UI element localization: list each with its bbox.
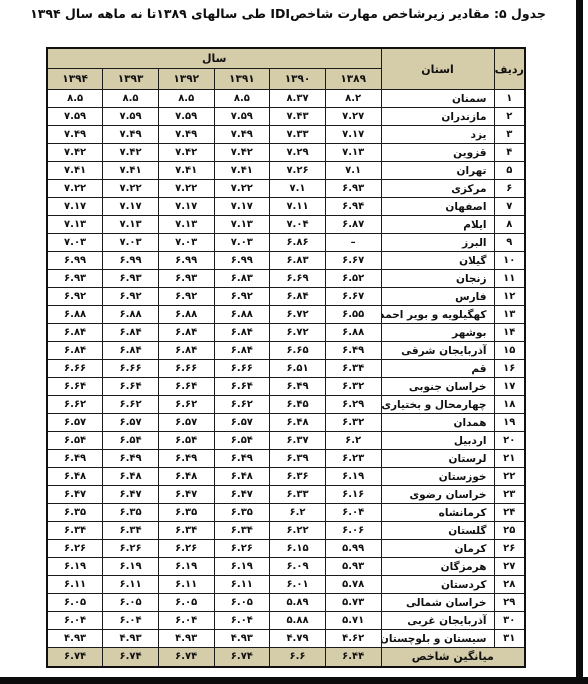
value-cell-1389: ۶.۶۷ — [325, 252, 381, 270]
value-cell-1394: ۶.۰۴ — [47, 612, 103, 630]
province-name-cell: خراسان رضوی — [381, 486, 494, 504]
province-name-cell: تهران — [381, 162, 494, 180]
province-name-cell: زنجان — [381, 270, 494, 288]
value-cell-1392: ۶.۹۹ — [158, 252, 214, 270]
row-number-cell: ۸ — [494, 216, 525, 234]
value-cell-1391: ۶.۸۴ — [214, 342, 270, 360]
value-cell-1389: ۶.۸۷ — [325, 216, 381, 234]
value-cell-1392: ۶.۶۶ — [158, 360, 214, 378]
value-cell-1393: ۶.۹۹ — [103, 252, 159, 270]
value-cell-1392: ۷.۱۳ — [158, 216, 214, 234]
row-number-cell: ۱۹ — [494, 414, 525, 432]
value-cell-1391: ۶.۰۵ — [214, 594, 270, 612]
value-cell-1390: ۶.۶۵ — [270, 342, 326, 360]
value-cell-1391: ۷.۲۲ — [214, 180, 270, 198]
value-cell-1393: ۸.۵ — [103, 90, 159, 108]
value-cell-1392: ۶.۴۹ — [158, 450, 214, 468]
value-cell-1390: ۶.۸۴ — [270, 288, 326, 306]
table-row: ۱۲ فارس ۶.۶۷ ۶.۸۴ ۶.۹۲ ۶.۹۲ ۶.۹۲ ۶.۹۲ — [47, 288, 525, 306]
table-row: ۳ یزد ۷.۱۷ ۷.۳۳ ۷.۴۹ ۷.۴۹ ۷.۴۹ ۷.۴۹ — [47, 126, 525, 144]
value-cell-1389: ۵.۹۳ — [325, 558, 381, 576]
table-row: ۲۶ کرمان ۵.۹۹ ۶.۱۵ ۶.۲۶ ۶.۲۶ ۶.۲۶ ۶.۲۶ — [47, 540, 525, 558]
row-number-cell: ۱۳ — [494, 306, 525, 324]
value-cell-1389: ۶.۳۲ — [325, 378, 381, 396]
value-cell-1391: ۶.۴۸ — [214, 468, 270, 486]
table-row: ۱۶ قم ۶.۳۴ ۶.۵۱ ۶.۶۶ ۶.۶۶ ۶.۶۶ ۶.۶۶ — [47, 360, 525, 378]
value-cell-1391: ۸.۵ — [214, 90, 270, 108]
value-cell-1391: ۶.۹۲ — [214, 288, 270, 306]
value-cell-1389: ۶.۵۵ — [325, 306, 381, 324]
value-cell-1394: ۶.۹۹ — [47, 252, 103, 270]
value-cell-1389: ۶.۸۸ — [325, 324, 381, 342]
value-cell-1394: ۷.۴۲ — [47, 144, 103, 162]
value-cell-1392: ۶.۹۳ — [158, 270, 214, 288]
province-name-cell: قزوین — [381, 144, 494, 162]
value-cell-1394: ۷.۴۱ — [47, 162, 103, 180]
value-cell-1389: ۶.۱۶ — [325, 486, 381, 504]
value-cell-1389: ۶.۱۹ — [325, 468, 381, 486]
value-cell-1392: ۶.۲۶ — [158, 540, 214, 558]
value-cell-1390: ۵.۸۸ — [270, 612, 326, 630]
province-name-cell: قم — [381, 360, 494, 378]
province-name-cell: مرکزی — [381, 180, 494, 198]
value-cell-1394: ۷.۲۲ — [47, 180, 103, 198]
value-cell-1389: ۴.۶۲ — [325, 630, 381, 648]
row-number-cell: ۱۸ — [494, 396, 525, 414]
row-number-cell: ۵ — [494, 162, 525, 180]
value-cell-1389: ۶.۰۴ — [325, 504, 381, 522]
value-cell-1394: ۶.۰۵ — [47, 594, 103, 612]
value-cell-1392: ۶.۳۵ — [158, 504, 214, 522]
row-number-cell: ۱۱ — [494, 270, 525, 288]
table-row: ۱۰ گیلان ۶.۶۷ ۶.۸۳ ۶.۹۹ ۶.۹۹ ۶.۹۹ ۶.۹۹ — [47, 252, 525, 270]
value-cell-1393: ۶.۶۴ — [103, 378, 159, 396]
value-cell-1392: ۶.۴۷ — [158, 486, 214, 504]
province-name-cell: خوزستان — [381, 468, 494, 486]
value-cell-1393: ۷.۱۳ — [103, 216, 159, 234]
value-cell-1393: ۷.۴۲ — [103, 144, 159, 162]
province-name-cell: البرز — [381, 234, 494, 252]
value-cell-1394: ۶.۹۲ — [47, 288, 103, 306]
value-cell-1389: ۷.۲۷ — [325, 108, 381, 126]
province-name-cell: سمنان — [381, 90, 494, 108]
value-cell-1392: ۶.۴۸ — [158, 468, 214, 486]
column-header-year-1391: ۱۳۹۱ — [214, 69, 270, 90]
value-cell-1394: ۶.۲۶ — [47, 540, 103, 558]
table-row: ۶ مرکزی ۶.۹۳ ۷.۱ ۷.۲۲ ۷.۲۲ ۷.۲۲ ۷.۲۲ — [47, 180, 525, 198]
value-cell-1393: ۶.۵۷ — [103, 414, 159, 432]
average-value-cell: ۶.۷۴ — [47, 648, 103, 667]
value-cell-1391: ۶.۴۹ — [214, 450, 270, 468]
value-cell-1391: ۶.۶۲ — [214, 396, 270, 414]
table-row: ۲۰ اردبیل ۶.۲ ۶.۳۷ ۶.۵۴ ۶.۵۴ ۶.۵۴ ۶.۵۴ — [47, 432, 525, 450]
value-cell-1390: ۶.۴۹ — [270, 378, 326, 396]
value-cell-1391: ۶.۵۷ — [214, 414, 270, 432]
value-cell-1393: ۶.۳۵ — [103, 504, 159, 522]
value-cell-1389: ۷.۱۳ — [325, 144, 381, 162]
value-cell-1394: ۷.۴۹ — [47, 126, 103, 144]
value-cell-1391: ۶.۵۴ — [214, 432, 270, 450]
idi-skill-subindex-table: ردیف استان سال ۱۳۸۹ ۱۳۹۰ ۱۳۹۱ ۱۳۹۲ ۱۳۹۳ … — [46, 47, 526, 668]
value-cell-1391: ۶.۶۶ — [214, 360, 270, 378]
province-name-cell: یزد — [381, 126, 494, 144]
value-cell-1392: ۶.۱۱ — [158, 576, 214, 594]
value-cell-1390: ۶.۳۶ — [270, 468, 326, 486]
value-cell-1390: ۶.۳۹ — [270, 450, 326, 468]
value-cell-1390: ۶.۳۳ — [270, 486, 326, 504]
header-group-row: ردیف استان سال — [47, 48, 525, 69]
value-cell-1389: ۶.۳۲ — [325, 414, 381, 432]
row-number-cell: ۲۳ — [494, 486, 525, 504]
table-row: ۳۱ سیستان و بلوچستان ۴.۶۲ ۴.۷۹ ۴.۹۳ ۴.۹۳… — [47, 630, 525, 648]
value-cell-1390: ۴.۷۹ — [270, 630, 326, 648]
value-cell-1391: ۶.۰۴ — [214, 612, 270, 630]
row-number-cell: ۱۷ — [494, 378, 525, 396]
value-cell-1394: ۶.۶۲ — [47, 396, 103, 414]
average-value-cell: ۶.۷۴ — [214, 648, 270, 667]
value-cell-1394: ۷.۰۳ — [47, 234, 103, 252]
value-cell-1393: ۷.۲۲ — [103, 180, 159, 198]
table-row: ۷ اصفهان ۶.۹۴ ۷.۱۱ ۷.۱۷ ۷.۱۷ ۷.۱۷ ۷.۱۷ — [47, 198, 525, 216]
value-cell-1394: ۶.۱۹ — [47, 558, 103, 576]
value-cell-1391: ۶.۸۸ — [214, 306, 270, 324]
value-cell-1394: ۶.۵۷ — [47, 414, 103, 432]
value-cell-1394: ۷.۱۳ — [47, 216, 103, 234]
value-cell-1394: ۶.۴۸ — [47, 468, 103, 486]
value-cell-1392: ۶.۹۲ — [158, 288, 214, 306]
average-value-cell: ۶.۷۴ — [103, 648, 159, 667]
table-row: ۲۹ خراسان شمالی ۵.۷۳ ۵.۸۹ ۶.۰۵ ۶.۰۵ ۶.۰۵… — [47, 594, 525, 612]
row-number-cell: ۹ — [494, 234, 525, 252]
province-name-cell: گلستان — [381, 522, 494, 540]
value-cell-1393: ۷.۴۱ — [103, 162, 159, 180]
table-row: ۲۴ کرمانشاه ۶.۰۴ ۶.۲ ۶.۳۵ ۶.۳۵ ۶.۳۵ ۶.۳۵ — [47, 504, 525, 522]
value-cell-1393: ۶.۰۵ — [103, 594, 159, 612]
value-cell-1389: ۶.۶۷ — [325, 288, 381, 306]
province-name-cell: مازندران — [381, 108, 494, 126]
value-cell-1389: – — [325, 234, 381, 252]
average-label-cell: میانگین شاخص — [381, 648, 525, 667]
table-body: ۱ سمنان ۸.۲ ۸.۳۷ ۸.۵ ۸.۵ ۸.۵ ۸.۵ ۲ مازند… — [47, 90, 525, 648]
value-cell-1391: ۷.۰۳ — [214, 234, 270, 252]
value-cell-1390: ۶.۸۶ — [270, 234, 326, 252]
value-cell-1393: ۶.۸۸ — [103, 306, 159, 324]
value-cell-1390: ۶.۴۸ — [270, 414, 326, 432]
table-row: ۱ سمنان ۸.۲ ۸.۳۷ ۸.۵ ۸.۵ ۸.۵ ۸.۵ — [47, 90, 525, 108]
row-number-cell: ۲۲ — [494, 468, 525, 486]
value-cell-1389: ۶.۴۹ — [325, 342, 381, 360]
row-number-cell: ۳۱ — [494, 630, 525, 648]
table-row: ۲۸ کردستان ۵.۷۸ ۶.۰۱ ۶.۱۱ ۶.۱۱ ۶.۱۱ ۶.۱۱ — [47, 576, 525, 594]
value-cell-1392: ۶.۸۴ — [158, 324, 214, 342]
value-cell-1392: ۶.۳۴ — [158, 522, 214, 540]
row-number-cell: ۳۰ — [494, 612, 525, 630]
row-number-cell: ۲۶ — [494, 540, 525, 558]
row-number-cell: ۲ — [494, 108, 525, 126]
row-number-cell: ۱۵ — [494, 342, 525, 360]
value-cell-1391: ۷.۴۱ — [214, 162, 270, 180]
value-cell-1391: ۶.۴۷ — [214, 486, 270, 504]
value-cell-1391: ۶.۳۵ — [214, 504, 270, 522]
row-number-cell: ۲۱ — [494, 450, 525, 468]
value-cell-1394: ۶.۶۴ — [47, 378, 103, 396]
value-cell-1392: ۷.۴۹ — [158, 126, 214, 144]
row-number-cell: ۳ — [494, 126, 525, 144]
value-cell-1391: ۶.۹۹ — [214, 252, 270, 270]
value-cell-1390: ۷.۲۹ — [270, 144, 326, 162]
value-cell-1389: ۶.۵۲ — [325, 270, 381, 288]
value-cell-1391: ۶.۱۹ — [214, 558, 270, 576]
value-cell-1392: ۶.۱۹ — [158, 558, 214, 576]
value-cell-1392: ۷.۰۳ — [158, 234, 214, 252]
column-header-year-1389: ۱۳۸۹ — [325, 69, 381, 90]
value-cell-1392: ۶.۸۴ — [158, 342, 214, 360]
value-cell-1389: ۷.۱۷ — [325, 126, 381, 144]
value-cell-1390: ۷.۱۱ — [270, 198, 326, 216]
value-cell-1391: ۷.۱۳ — [214, 216, 270, 234]
value-cell-1394: ۶.۸۴ — [47, 342, 103, 360]
value-cell-1390: ۵.۸۹ — [270, 594, 326, 612]
value-cell-1391: ۶.۳۴ — [214, 522, 270, 540]
province-name-cell: همدان — [381, 414, 494, 432]
value-cell-1391: ۶.۲۶ — [214, 540, 270, 558]
value-cell-1393: ۶.۴۸ — [103, 468, 159, 486]
value-cell-1392: ۷.۴۱ — [158, 162, 214, 180]
province-name-cell: چهارمحال و بختیاری — [381, 396, 494, 414]
table-row: ۴ قزوین ۷.۱۳ ۷.۲۹ ۷.۴۲ ۷.۴۲ ۷.۴۲ ۷.۴۲ — [47, 144, 525, 162]
value-cell-1392: ۶.۰۴ — [158, 612, 214, 630]
value-cell-1393: ۴.۹۳ — [103, 630, 159, 648]
column-header-year-group: سال — [47, 48, 381, 69]
average-value-cell: ۶.۶ — [270, 648, 326, 667]
value-cell-1389: ۵.۷۱ — [325, 612, 381, 630]
province-name-cell: هرمزگان — [381, 558, 494, 576]
value-cell-1393: ۷.۴۹ — [103, 126, 159, 144]
table-row: ۸ ایلام ۶.۸۷ ۷.۰۴ ۷.۱۳ ۷.۱۳ ۷.۱۳ ۷.۱۳ — [47, 216, 525, 234]
table-row: ۱۳ کهگیلویه و بویر احمد ۶.۵۵ ۶.۷۲ ۶.۸۸ ۶… — [47, 306, 525, 324]
value-cell-1390: ۶.۰۱ — [270, 576, 326, 594]
scan-edge-horizontal-bar — [0, 677, 588, 684]
value-cell-1389: ۶.۳۴ — [325, 360, 381, 378]
value-cell-1391: ۶.۸۳ — [214, 270, 270, 288]
scan-edge-vertical-bar — [576, 0, 583, 684]
table-row: ۱۱ زنجان ۶.۵۲ ۶.۶۹ ۶.۸۳ ۶.۹۳ ۶.۹۳ ۶.۹۳ — [47, 270, 525, 288]
row-number-cell: ۱۲ — [494, 288, 525, 306]
value-cell-1394: ۶.۴۷ — [47, 486, 103, 504]
value-cell-1393: ۶.۴۷ — [103, 486, 159, 504]
value-cell-1394: ۶.۹۳ — [47, 270, 103, 288]
value-cell-1389: ۵.۹۹ — [325, 540, 381, 558]
row-number-cell: ۲۷ — [494, 558, 525, 576]
province-name-cell: خراسان شمالی — [381, 594, 494, 612]
value-cell-1394: ۷.۵۹ — [47, 108, 103, 126]
page-title: جدول ۵: مقادیر زیرشاخص مهارت شاخصIDI طی … — [0, 6, 576, 21]
value-cell-1393: ۶.۶۲ — [103, 396, 159, 414]
province-name-cell: گیلان — [381, 252, 494, 270]
value-cell-1394: ۶.۸۴ — [47, 324, 103, 342]
row-number-cell: ۶ — [494, 180, 525, 198]
value-cell-1392: ۷.۴۲ — [158, 144, 214, 162]
row-number-cell: ۷ — [494, 198, 525, 216]
value-cell-1390: ۷.۱ — [270, 180, 326, 198]
average-row: میانگین شاخص ۶.۴۴ ۶.۶ ۶.۷۴ ۶.۷۴ ۶.۷۴ ۶.۷… — [47, 648, 525, 667]
value-cell-1394: ۶.۳۴ — [47, 522, 103, 540]
table-row: ۲ مازندران ۷.۲۷ ۷.۴۳ ۷.۵۹ ۷.۵۹ ۷.۵۹ ۷.۵۹ — [47, 108, 525, 126]
value-cell-1392: ۶.۵۴ — [158, 432, 214, 450]
value-cell-1393: ۶.۰۴ — [103, 612, 159, 630]
value-cell-1392: ۶.۸۸ — [158, 306, 214, 324]
province-name-cell: ایلام — [381, 216, 494, 234]
table-row: ۱۹ همدان ۶.۳۲ ۶.۴۸ ۶.۵۷ ۶.۵۷ ۶.۵۷ ۶.۵۷ — [47, 414, 525, 432]
value-cell-1394: ۶.۱۱ — [47, 576, 103, 594]
value-cell-1389: ۵.۷۳ — [325, 594, 381, 612]
value-cell-1390: ۷.۰۴ — [270, 216, 326, 234]
row-number-cell: ۱ — [494, 90, 525, 108]
value-cell-1393: ۶.۳۴ — [103, 522, 159, 540]
value-cell-1390: ۶.۷۲ — [270, 306, 326, 324]
value-cell-1391: ۷.۴۹ — [214, 126, 270, 144]
row-number-cell: ۴ — [494, 144, 525, 162]
value-cell-1393: ۶.۴۹ — [103, 450, 159, 468]
value-cell-1393: ۶.۱۱ — [103, 576, 159, 594]
value-cell-1393: ۶.۸۴ — [103, 342, 159, 360]
value-cell-1394: ۸.۵ — [47, 90, 103, 108]
value-cell-1389: ۸.۲ — [325, 90, 381, 108]
value-cell-1393: ۶.۵۴ — [103, 432, 159, 450]
province-name-cell: اردبیل — [381, 432, 494, 450]
value-cell-1392: ۷.۵۹ — [158, 108, 214, 126]
value-cell-1389: ۷.۱ — [325, 162, 381, 180]
province-name-cell: خراسان جنوبی — [381, 378, 494, 396]
value-cell-1392: ۶.۶۲ — [158, 396, 214, 414]
value-cell-1393: ۶.۸۴ — [103, 324, 159, 342]
row-number-cell: ۱۴ — [494, 324, 525, 342]
province-name-cell: کردستان — [381, 576, 494, 594]
value-cell-1393: ۷.۵۹ — [103, 108, 159, 126]
value-cell-1393: ۶.۶۶ — [103, 360, 159, 378]
column-header-row-number: ردیف — [494, 48, 525, 90]
value-cell-1394: ۶.۸۸ — [47, 306, 103, 324]
column-header-year-1394: ۱۳۹۴ — [47, 69, 103, 90]
value-cell-1393: ۶.۱۹ — [103, 558, 159, 576]
idi-skill-subindex-table-wrap: ردیف استان سال ۱۳۸۹ ۱۳۹۰ ۱۳۹۱ ۱۳۹۲ ۱۳۹۳ … — [46, 47, 526, 668]
table-row: ۱۸ چهارمحال و بختیاری ۶.۲۹ ۶.۴۵ ۶.۶۲ ۶.۶… — [47, 396, 525, 414]
value-cell-1394: ۶.۴۹ — [47, 450, 103, 468]
value-cell-1390: ۸.۳۷ — [270, 90, 326, 108]
value-cell-1393: ۶.۲۶ — [103, 540, 159, 558]
average-value-cell: ۶.۷۴ — [158, 648, 214, 667]
row-number-cell: ۲۵ — [494, 522, 525, 540]
value-cell-1391: ۷.۴۲ — [214, 144, 270, 162]
value-cell-1390: ۶.۸۳ — [270, 252, 326, 270]
value-cell-1391: ۶.۶۴ — [214, 378, 270, 396]
value-cell-1389: ۶.۹۴ — [325, 198, 381, 216]
value-cell-1392: ۴.۹۳ — [158, 630, 214, 648]
value-cell-1391: ۷.۱۷ — [214, 198, 270, 216]
table-row: ۱۷ خراسان جنوبی ۶.۳۲ ۶.۴۹ ۶.۶۴ ۶.۶۴ ۶.۶۴… — [47, 378, 525, 396]
value-cell-1393: ۷.۱۷ — [103, 198, 159, 216]
value-cell-1390: ۶.۵۱ — [270, 360, 326, 378]
value-cell-1392: ۷.۱۷ — [158, 198, 214, 216]
table-row: ۲۵ گلستان ۶.۰۶ ۶.۲۲ ۶.۳۴ ۶.۳۴ ۶.۳۴ ۶.۳۴ — [47, 522, 525, 540]
value-cell-1392: ۶.۶۴ — [158, 378, 214, 396]
value-cell-1392: ۶.۵۷ — [158, 414, 214, 432]
value-cell-1392: ۶.۰۵ — [158, 594, 214, 612]
province-name-cell: لرستان — [381, 450, 494, 468]
value-cell-1390: ۶.۰۹ — [270, 558, 326, 576]
value-cell-1390: ۶.۲ — [270, 504, 326, 522]
table-row: ۲۲ خوزستان ۶.۱۹ ۶.۳۶ ۶.۴۸ ۶.۴۸ ۶.۴۸ ۶.۴۸ — [47, 468, 525, 486]
value-cell-1389: ۶.۹۳ — [325, 180, 381, 198]
value-cell-1391: ۶.۱۱ — [214, 576, 270, 594]
table-row: ۱۴ بوشهر ۶.۸۸ ۶.۷۲ ۶.۸۴ ۶.۸۴ ۶.۸۴ ۶.۸۴ — [47, 324, 525, 342]
row-number-cell: ۲۹ — [494, 594, 525, 612]
value-cell-1393: ۶.۹۲ — [103, 288, 159, 306]
value-cell-1392: ۷.۲۲ — [158, 180, 214, 198]
value-cell-1394: ۶.۶۶ — [47, 360, 103, 378]
value-cell-1394: ۷.۱۷ — [47, 198, 103, 216]
province-name-cell: آذربایجان شرقی — [381, 342, 494, 360]
column-header-year-1390: ۱۳۹۰ — [270, 69, 326, 90]
province-name-cell: بوشهر — [381, 324, 494, 342]
province-name-cell: سیستان و بلوچستان — [381, 630, 494, 648]
value-cell-1390: ۶.۷۲ — [270, 324, 326, 342]
column-header-year-1392: ۱۳۹۲ — [158, 69, 214, 90]
value-cell-1393: ۶.۹۳ — [103, 270, 159, 288]
value-cell-1390: ۶.۲۲ — [270, 522, 326, 540]
row-number-cell: ۱۶ — [494, 360, 525, 378]
row-number-cell: ۲۴ — [494, 504, 525, 522]
table-row: ۵ تهران ۷.۱ ۷.۲۶ ۷.۴۱ ۷.۴۱ ۷.۴۱ ۷.۴۱ — [47, 162, 525, 180]
table-header: ردیف استان سال ۱۳۸۹ ۱۳۹۰ ۱۳۹۱ ۱۳۹۲ ۱۳۹۳ … — [47, 48, 525, 90]
value-cell-1389: ۶.۲ — [325, 432, 381, 450]
table-row: ۱۵ آذربایجان شرقی ۶.۴۹ ۶.۶۵ ۶.۸۴ ۶.۸۴ ۶.… — [47, 342, 525, 360]
value-cell-1389: ۶.۰۶ — [325, 522, 381, 540]
province-name-cell: اصفهان — [381, 198, 494, 216]
province-name-cell: آذربایجان غربی — [381, 612, 494, 630]
value-cell-1389: ۶.۲۳ — [325, 450, 381, 468]
average-value-cell: ۶.۴۴ — [325, 648, 381, 667]
value-cell-1390: ۷.۲۶ — [270, 162, 326, 180]
province-name-cell: کهگیلویه و بویر احمد — [381, 306, 494, 324]
value-cell-1394: ۶.۳۵ — [47, 504, 103, 522]
column-header-year-1393: ۱۳۹۳ — [103, 69, 159, 90]
province-name-cell: فارس — [381, 288, 494, 306]
column-header-province: استان — [381, 48, 494, 90]
value-cell-1390: ۶.۱۵ — [270, 540, 326, 558]
value-cell-1394: ۴.۹۳ — [47, 630, 103, 648]
table-row: ۹ البرز – ۶.۸۶ ۷.۰۳ ۷.۰۳ ۷.۰۳ ۷.۰۳ — [47, 234, 525, 252]
value-cell-1391: ۶.۸۴ — [214, 324, 270, 342]
value-cell-1390: ۶.۳۷ — [270, 432, 326, 450]
value-cell-1390: ۶.۶۹ — [270, 270, 326, 288]
row-number-cell: ۲۸ — [494, 576, 525, 594]
value-cell-1390: ۷.۴۳ — [270, 108, 326, 126]
value-cell-1391: ۷.۵۹ — [214, 108, 270, 126]
table-row: ۲۱ لرستان ۶.۲۳ ۶.۳۹ ۶.۴۹ ۶.۴۹ ۶.۴۹ ۶.۴۹ — [47, 450, 525, 468]
province-name-cell: کرمان — [381, 540, 494, 558]
table-row: ۲۷ هرمزگان ۵.۹۳ ۶.۰۹ ۶.۱۹ ۶.۱۹ ۶.۱۹ ۶.۱۹ — [47, 558, 525, 576]
value-cell-1390: ۶.۴۵ — [270, 396, 326, 414]
value-cell-1389: ۶.۲۹ — [325, 396, 381, 414]
value-cell-1391: ۴.۹۳ — [214, 630, 270, 648]
province-name-cell: کرمانشاه — [381, 504, 494, 522]
table-row: ۳۰ آذربایجان غربی ۵.۷۱ ۵.۸۸ ۶.۰۴ ۶.۰۴ ۶.… — [47, 612, 525, 630]
value-cell-1390: ۷.۳۳ — [270, 126, 326, 144]
value-cell-1394: ۶.۵۴ — [47, 432, 103, 450]
value-cell-1393: ۷.۰۳ — [103, 234, 159, 252]
table-row: ۲۳ خراسان رضوی ۶.۱۶ ۶.۳۳ ۶.۴۷ ۶.۴۷ ۶.۴۷ … — [47, 486, 525, 504]
